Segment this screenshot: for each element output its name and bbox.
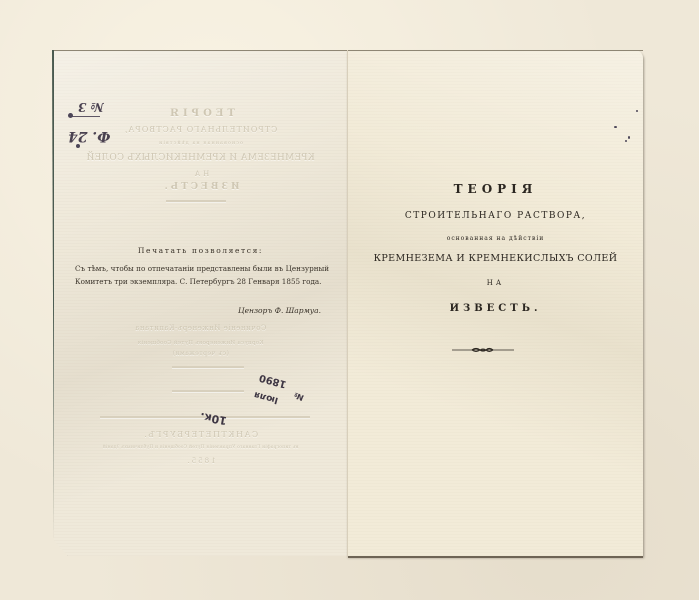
conjunction-line: НА [348,279,643,287]
book-subtitle: СТРОИТЕЛЬНАГО РАСТВОРА, [348,211,643,221]
bleed-through-object: ИЗВЕСТЬ. [54,182,347,192]
right-page: ТЕОРІЯ СТРОИТЕЛЬНАГО РАСТВОРА, основанна… [347,50,643,556]
stamp-month: Іюля [253,389,279,405]
page-top-edge [348,50,643,51]
book-title: ТЕОРІЯ [348,182,643,196]
handwritten-mark: Ф. 24 [68,128,111,144]
foxing-spot [625,140,627,142]
bleed-through-rule [172,390,244,393]
open-book: ТЕОРІЯ СТРОИТЕЛЬНАГО РАСТВОРА, основанна… [52,50,643,556]
stamp-date: 1890 [258,372,288,390]
foxing-spot [614,126,617,128]
bleed-through-rule [172,366,244,369]
object-line: ИЗВЕСТЬ. [348,303,643,314]
subject-line: КРЕМНЕЗЕМА И КРЕМНЕКИСЛЫХЪ СОЛЕЙ [348,253,643,264]
page-bottom-edge [348,556,643,558]
foxing-spot [636,110,638,112]
bleed-through-city: САНКТПЕТЕРБУРГЪ. [54,430,347,439]
bleed-through-printer: въ типографіи Главнаго Управленія Путей … [54,445,347,450]
bleed-through-ornament [166,200,226,203]
ink-dot [68,113,73,118]
censor-signature: Цензоръ Ф. Шармуа. [238,306,321,315]
page-bottom-edge [70,556,347,558]
bleed-through-year: 1855. [54,457,347,465]
handwritten-mark: № 3 [78,100,104,114]
stamp-number: № [293,391,305,403]
bleed-through-conjunction: НА [54,170,347,178]
stamp-price: 10к. [199,410,228,427]
censor-heading: Печатать позволяется: [54,246,347,255]
decorative-rule-icon [452,346,514,354]
based-on-line: основанная на дѣйствіи [348,235,643,242]
censor-text: Съ тѣмъ, чтобы по отпечатаніи представле… [75,262,329,288]
page-top-edge [54,50,347,51]
handwritten-underline [70,116,100,117]
ink-dot [76,144,80,148]
bleed-through-author-3: (съ чертежами) [54,350,347,357]
left-page: ТЕОРІЯ СТРОИТЕЛЬНАГО РАСТВОРА, основанна… [52,50,347,556]
bleed-through-subject: КРЕМНЕЗЕМА И КРЕМНЕКИСЛЫХЪ СОЛЕЙ [54,153,347,163]
foxing-spot [628,136,630,139]
bleed-through-author-1: Сочиненіе Инженеръ-Капитана [54,324,347,332]
bleed-through-author-2: Корпуса Инженеровъ Путей Сообщенія [54,340,347,346]
